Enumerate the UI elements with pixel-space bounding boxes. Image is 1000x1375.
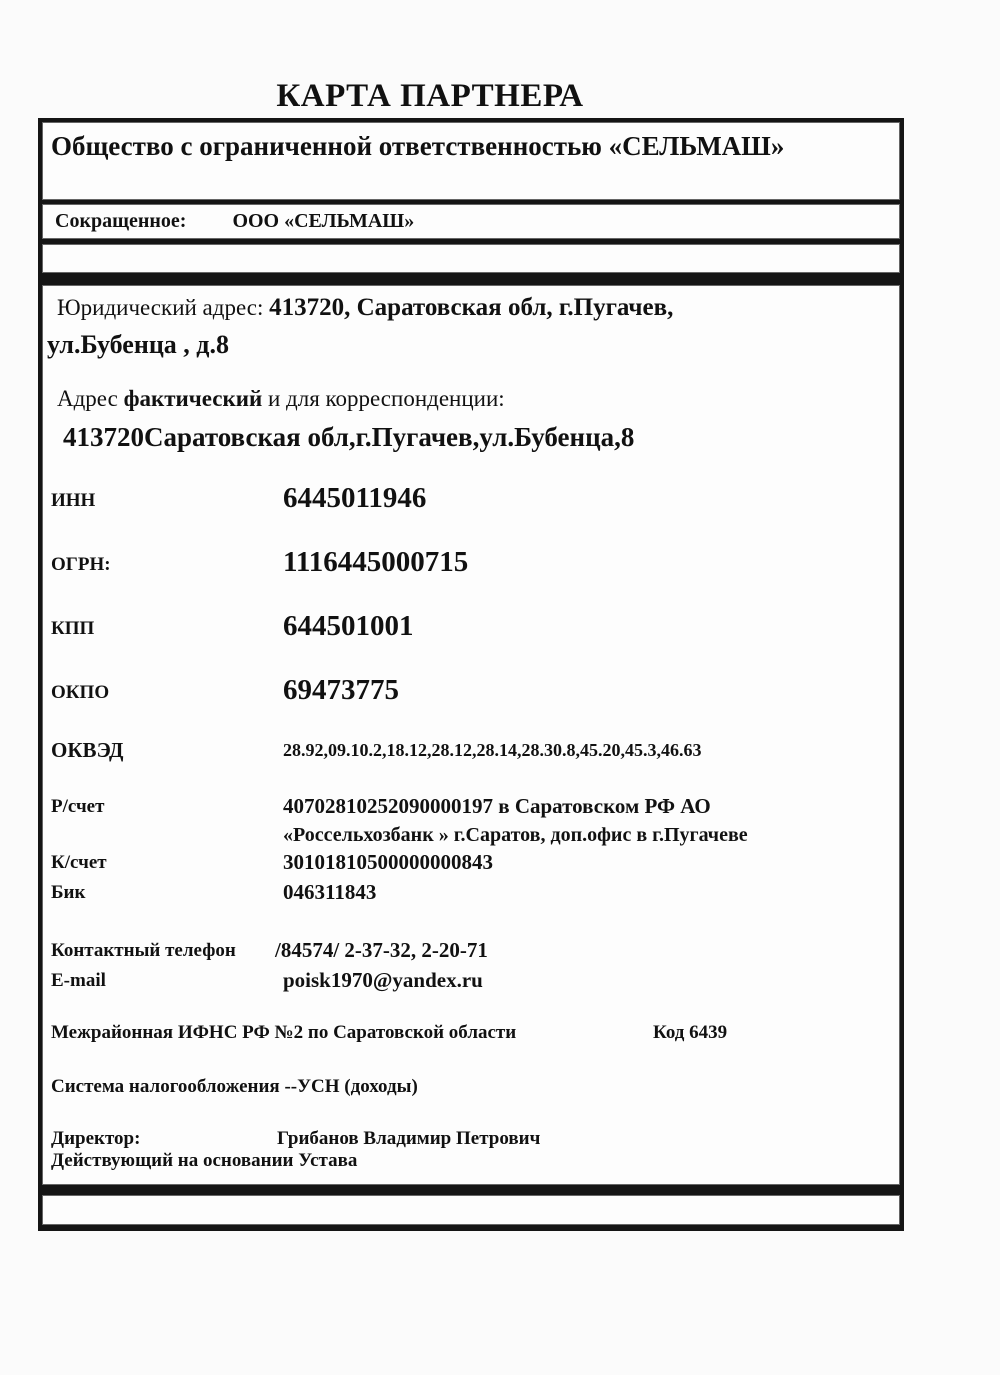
email-label: E-mail <box>51 970 106 992</box>
bik-label: Бик <box>51 882 85 904</box>
kpp-value: 644501001 <box>283 610 414 643</box>
company-full-name: Общество с ограниченной ответственностью… <box>51 131 784 162</box>
ogrn-value: 1116445000715 <box>283 546 468 579</box>
okved-label: ОКВЭД <box>51 738 124 763</box>
phone-label: Контактный телефон <box>51 940 236 962</box>
tax-office-name: Межрайонная ИФНС РФ №2 по Саратовской об… <box>51 1022 516 1044</box>
ks-value: 30101810500000000843 <box>283 850 493 875</box>
actual-address-value: 413720Саратовская обл,г.Пугачев,ул.Бубен… <box>63 422 634 453</box>
legal-address-label: Юридический адрес: <box>57 295 269 320</box>
rs-label: Р/счет <box>51 796 104 818</box>
short-name-frame: Сокращенное:ООО «СЕЛЬМАШ» <box>38 202 904 242</box>
tax-system: Система налогообложения --УСН (доходы) <box>51 1076 418 1098</box>
okved-value: 28.92,09.10.2,18.12,28.12,28.14,28.30.8,… <box>283 740 702 761</box>
full-name-box: Общество с ограниченной ответственностью… <box>42 122 900 200</box>
empty-frame-bottom <box>38 1191 904 1231</box>
details-box: Юридический адрес: 413720, Саратовская о… <box>42 285 900 1185</box>
inn-value: 6445011946 <box>283 482 426 515</box>
short-name-label: Сокращенное: <box>55 210 186 232</box>
director-label: Директор: <box>51 1128 140 1150</box>
empty-box-bottom <box>42 1195 900 1225</box>
email-value[interactable]: poisk1970@yandex.ru <box>283 968 483 993</box>
ogrn-label: ОГРН: <box>51 554 111 576</box>
legal-address-line2: ул.Бубенца , д.8 <box>47 330 229 360</box>
empty-frame-top <box>38 242 904 279</box>
ks-label: К/счет <box>51 852 107 874</box>
rs-bank-name: «Россельхозбанк » г.Саратов, доп.офис в … <box>283 824 748 847</box>
short-name-box: Сокращенное:ООО «СЕЛЬМАШ» <box>42 204 900 239</box>
document-title: КАРТА ПАРТНЕРА <box>0 78 860 115</box>
legal-address-line1: 413720, Саратовская обл, г.Пугачев, <box>269 294 673 321</box>
actual-address-label-pre: Адрес <box>57 386 124 411</box>
full-name-frame: Общество с ограниченной ответственностью… <box>38 118 904 202</box>
kpp-label: КПП <box>51 618 94 640</box>
actual-address-label-bold: фактический <box>124 386 263 411</box>
okpo-label: ОКПО <box>51 682 109 704</box>
rs-value: 40702810252090000197 в Саратовском РФ АО <box>283 794 711 819</box>
details-frame: Юридический адрес: 413720, Саратовская о… <box>38 279 904 1191</box>
director-name: Грибанов Владимир Петрович <box>277 1128 540 1150</box>
short-name-row: Сокращенное:ООО «СЕЛЬМАШ» <box>55 210 414 233</box>
tax-office-code: Код 6439 <box>653 1022 727 1044</box>
empty-box-top <box>42 244 900 273</box>
director-basis: Действующий на основании Устава <box>51 1150 357 1172</box>
inn-label: ИНН <box>51 490 95 512</box>
actual-address-label: Адрес фактический и для корреспонденции: <box>57 386 505 412</box>
phone-value: /84574/ 2-37-32, 2-20-71 <box>275 938 488 963</box>
bik-value: 046311843 <box>283 880 376 905</box>
okpo-value: 69473775 <box>283 674 399 707</box>
actual-address-label-post: и для корреспонденции: <box>262 386 504 411</box>
short-name-value: ООО «СЕЛЬМАШ» <box>232 210 414 232</box>
legal-address: Юридический адрес: 413720, Саратовская о… <box>57 294 673 322</box>
